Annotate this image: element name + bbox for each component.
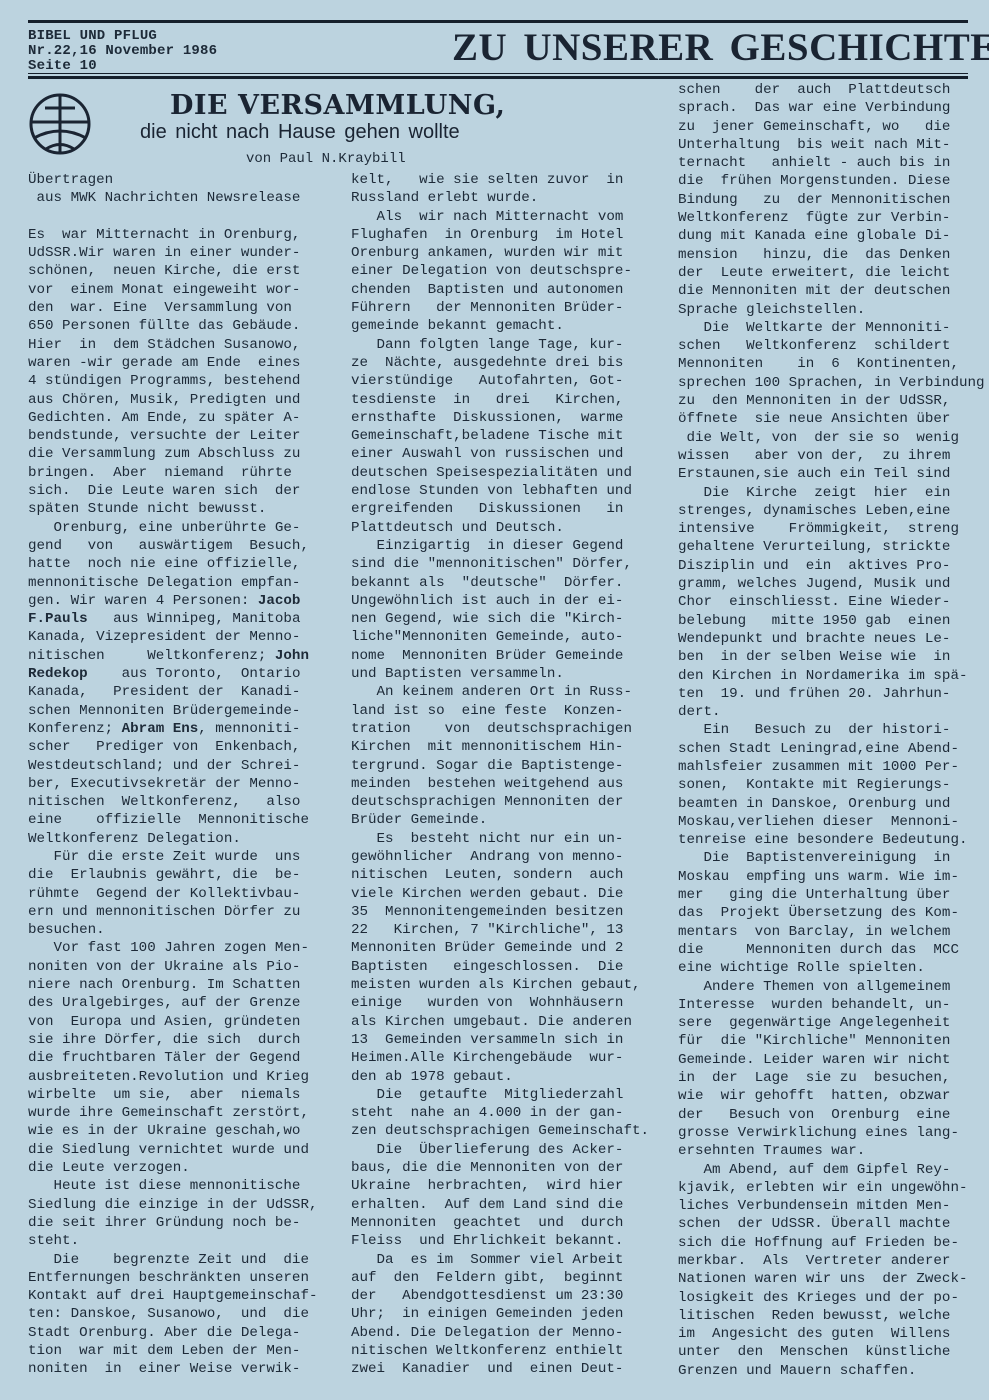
text-line: Westdeutschland; und der Schrei- [28,757,328,775]
newspaper-page: BIBEL UND PFLUG Nr.22,16 November 1986 S… [0,0,989,1400]
text-line: waren -wir gerade am Ende eines [28,354,328,372]
text-line: noniten von der Ukraine als Pio- [28,958,328,976]
text-line: liches Verbundensein mitden Men- [678,1197,978,1215]
article-column-1: Übertragen aus MWK Nachrichten Newsrelea… [28,171,328,1379]
text-line: die Mennoniten durch das MCC [678,941,978,959]
text-line: den ab 1978 gebaut. [351,1068,651,1086]
text-line: viele Kirchen werden gebaut. Die [351,885,651,903]
text-line: der Abendgottesdienst um 23:30 [351,1287,651,1305]
text-line: die Versammlung zum Abschluss zu [28,445,328,463]
text-line: schen der UdSSR. Überall machte [678,1215,978,1233]
text-line: steht. [28,1232,328,1250]
text-line: beamten in Danskoe, Orenburg und [678,795,978,813]
text-line: baus, die die Mennoniten von der [351,1159,651,1177]
text-line: wirbelte um sie, aber niemals [28,1086,328,1104]
text-line: Ungewöhnlich ist auch in der ei- [351,592,651,610]
text-line: Die getaufte Mitgliederzahl [351,1086,651,1104]
person-name: John [275,648,309,664]
text-line: gramm, welches Jugend, Musik und [678,575,978,593]
text-line: 650 Personen füllte das Gebäude. [28,317,328,335]
text-line: dung mit Kanada eine globale Di- [678,227,978,245]
text-line: sie ihre Dörfer, die sich durch [28,1031,328,1049]
top-rule [28,20,968,23]
text-line: zu den Mennoniten in der UdSSR, [678,392,978,410]
text-line: Die Überlieferung des Acker- [351,1141,651,1159]
text-line: sprechen 100 Sprachen, in Verbindung [678,374,978,392]
text-line: meinden bestehen weitgehend aus [351,775,651,793]
article-column-3: schen der auch Plattdeutschsprach. Das w… [678,81,978,1380]
text-line: schönen, neuen Kirche, die erst [28,262,328,280]
text-line: mahlsfeier zusammen mit 1000 Per- [678,758,978,776]
text-line: Übertragen [28,171,328,189]
text-line: deutschen Speisespezialitäten und [351,464,651,482]
text-line: Moskau empfing uns warm. Wie im- [678,868,978,886]
text-line: sich die Hoffnung auf Frieden be- [678,1234,978,1252]
text-line: merkbar. Als Vertreter anderer [678,1252,978,1270]
text-line: Fleiss und Ehrlichkeit bekannt. [351,1232,651,1250]
text-line: wurde ihre Gemeinschaft zerstört, [28,1104,328,1122]
text-line: vierstündige Autofahrten, Got- [351,372,651,390]
text-line: niere nach Orenburg. Im Schatten [28,976,328,994]
text-line: einer Auswahl von russischen und [351,445,651,463]
text-line: Sprache gleichstellen. [678,301,978,319]
text-line: Es war Mitternacht in Orenburg, [28,226,328,244]
text-line: sich. Die Leute waren sich der [28,482,328,500]
globe-cross-icon [28,92,92,156]
text-line: 22 Kirchen, 7 "Kirchliche", 13 [351,921,651,939]
text-line: Ukraine herbrachten, wird hier [351,1177,651,1195]
text-line: gend von auswärtigem Besuch, [28,537,328,555]
text-line: nitischen Weltkonferenz; John [28,647,328,665]
text-line: losigkeit des Krieges und der po- [678,1289,978,1307]
text-line: Nationen waren wir uns der Zweck- [678,1270,978,1288]
text-line: Baptisten eingeschlossen. Die [351,958,651,976]
text-line: Es besteht nicht nur ein un- [351,830,651,848]
text-line: ber, Executivsekretär der Menno- [28,775,328,793]
text-line: die Mennoniten mit der deutschen [678,282,978,300]
text-line: bekannt als "deutsche" Dörfer. [351,574,651,592]
text-line: öffnete sie neue Ansichten über [678,410,978,428]
text-line: Orenburg ankamen, wurden wir mit [351,244,651,262]
text-line: intensive Frömmigkeit, streng [678,520,978,538]
text-line: steht nahe an 4.000 in der gan- [351,1104,651,1122]
text-line: ternacht anhielt - auch bis in [678,154,978,172]
text-line: Gemeinde. Leider waren wir nicht [678,1051,978,1069]
text-line: dert. [678,703,978,721]
person-name: Abram Ens [122,721,199,737]
text-line: Gemeinschaft,beladene Tische mit [351,427,651,445]
text-line: Als wir nach Mitternacht vom [351,208,651,226]
text-line: ausbreiteten.Revolution und Krieg [28,1068,328,1086]
text-line: Kanada, Vizepresident der Menno- [28,628,328,646]
text-line: Kanada, President der Kanadi- [28,683,328,701]
text-line: Plattdeutsch und Deutsch. [351,519,651,537]
text-line: 35 Mennonitengemeinden besitzen [351,903,651,921]
text-line: den war. Eine Versammlung von [28,299,328,317]
text-line: bendstunde, versuchte der Leiter [28,427,328,445]
text-line: Mennoniten in 6 Kontinenten, [678,355,978,373]
text-line: Unterhaltung bis weit nach Mit- [678,136,978,154]
text-line: Die Baptistenvereinigung in [678,849,978,867]
page-number: Seite 10 [28,59,217,74]
text-line: Interesse wurden behandelt, un- [678,996,978,1014]
text-line: sprach. Das war eine Verbindung [678,99,978,117]
text-line: Bindung zu der Mennonitischen [678,191,978,209]
text-line: von Europa und Asien, gründeten [28,1013,328,1031]
publication-name: BIBEL UND PFLUG [28,29,217,44]
text-line: einer Delegation von deutschspre- [351,262,651,280]
text-line: die frühen Morgenstunden. Diese [678,172,978,190]
text-line: noniten in einer Weise verwik- [28,1360,328,1378]
text-line: wie wir gehofft hatten, obzwar [678,1087,978,1105]
text-line: aus Chören, Musik, Predigten und [28,391,328,409]
text-line: die Leute verzogen. [28,1159,328,1177]
text-line: Heimen.Alle Kirchengebäude wur- [351,1049,651,1067]
text-line: litischen Reden bewusst, welche [678,1307,978,1325]
masthead: BIBEL UND PFLUG Nr.22,16 November 1986 S… [28,29,217,74]
text-line: kelt, wie sie selten zuvor in [351,171,651,189]
text-line: die Erlaubnis gewährt, die be- [28,866,328,884]
text-line: Heute ist diese mennonitische [28,1177,328,1195]
text-line: Chor einschliesst. Eine Wieder- [678,593,978,611]
text-line: wie es in der Ukraine geschah,wo [28,1122,328,1140]
text-line: zen deutschsprachigen Gemeinschaft. [351,1122,651,1140]
text-line: tergrund. Sogar die Baptistenge- [351,757,651,775]
text-line: Stadt Orenburg. Aber die Delega- [28,1324,328,1342]
text-line: sind die "mennonitischen" Dörfer, [351,555,651,573]
text-line: land ist so eine feste Konzen- [351,702,651,720]
text-line: nen Gegend, wie sich die "Kirch- [351,610,651,628]
text-line: hatte noch nie eine offizielle, [28,555,328,573]
text-line: meisten wurden als Kirchen gebaut, [351,976,651,994]
text-line: auf den Feldern gibt, beginnt [351,1269,651,1287]
text-line: schen der auch Plattdeutsch [678,81,978,99]
text-line: die Welt, von der sie so wenig [678,429,978,447]
text-line: gen. Wir waren 4 Personen: Jacob [28,592,328,610]
text-line: der Leute erweitert, die leicht [678,264,978,282]
header-rule [28,76,968,79]
text-line: Siedlung die einzige in der UdSSR, [28,1196,328,1214]
text-line: als Kirchen umgebaut. Die anderen [351,1013,651,1031]
text-line: Die Kirche zeigt hier ein [678,484,978,502]
text-line: Die Weltkarte der Mennoniti- [678,319,978,337]
text-line: nome Mennoniten Brüder Gemeinde [351,647,651,665]
text-line: Mennoniten geachtet und durch [351,1214,651,1232]
text-line: unter den Menschen künstliche [678,1343,978,1361]
text-line: des Uralgebirges, auf der Grenze [28,994,328,1012]
text-line: grosse Verwirklichung eines lang- [678,1124,978,1142]
text-line: der Besuch von Orenburg eine [678,1106,978,1124]
text-line: Erstaunen,sie auch ein Teil sind [678,465,978,483]
text-line: ern und mennonitischen Dörfer zu [28,903,328,921]
text-line: besuchen. [28,921,328,939]
text-line: und Baptisten versammeln. [351,665,651,683]
text-line: schen Weltkonferenz schildert [678,337,978,355]
text-line: liche"Mennoniten Gemeinde, auto- [351,628,651,646]
text-line: Disziplin und ein aktives Pro- [678,557,978,575]
text-line: Flughafen in Orenburg im Hotel [351,226,651,244]
text-line: Weltkonferenz Delegation. [28,830,328,848]
text-line: ze Nächte, ausgedehnte drei bis [351,354,651,372]
text-line: tion war mit dem Leben der Men- [28,1342,328,1360]
text-line: Hier in dem Städchen Susanowo, [28,336,328,354]
text-line: das Projekt Übersetzung des Kom- [678,904,978,922]
text-line: aus MWK Nachrichten Newsrelease [28,189,328,207]
text-line: Orenburg, eine unberührte Ge- [28,519,328,537]
text-line: Am Abend, auf dem Gipfel Rey- [678,1161,978,1179]
text-line: endlose Stunden von lebhaften und [351,482,651,500]
text-line: tration von deutschsprachigen [351,720,651,738]
text-line: zwei Kanadier und einen Deut- [351,1360,651,1378]
text-line: Wendepunkt und brachte neues Le- [678,630,978,648]
text-line: F.Pauls aus Winnipeg, Manitoba [28,610,328,628]
text-line: zu jener Gemeinschaft, wo die [678,118,978,136]
text-line: im Angesicht des guten Willens [678,1325,978,1343]
text-line: vor einem Monat eingeweiht wor- [28,281,328,299]
text-line: einige wurden von Wohnhäusern [351,994,651,1012]
text-line: tenreise eine besondere Bedeutung. [678,831,978,849]
text-line: Entfernungen beschränkten unseren [28,1269,328,1287]
article-byline: von Paul N.Kraybill [246,151,406,167]
section-title: ZU UNSERER GESCHICHTE [452,26,989,70]
text-line [28,208,328,226]
text-line: tesdienste in drei Kirchen, [351,391,651,409]
person-name: Jacob [258,593,301,609]
text-line: ersehnten Traumes war. [678,1142,978,1160]
text-line: An keinem anderen Ort in Russ- [351,683,651,701]
text-line: Für die erste Zeit wurde uns [28,848,328,866]
person-name: F.Pauls [28,611,88,627]
article-subheadline: die nicht nach Hause gehen wollte [140,119,460,145]
text-line: gehaltene Verurteilung, strickte [678,538,978,556]
text-line: nitischen Leuten, sondern auch [351,866,651,884]
issue-date: Nr.22,16 November 1986 [28,44,217,59]
text-line: Moskau,verliehen dieser Mennoni- [678,813,978,831]
text-line: ernsthafte Diskussionen, warme [351,409,651,427]
text-line: mer ging die Unterhaltung über [678,886,978,904]
text-line: rühmte Gegend der Kollektivbau- [28,885,328,903]
text-line: Mennoniten Brüder Gemeinde und 2 [351,939,651,957]
text-line: schen Stadt Leningrad,eine Abend- [678,740,978,758]
text-line: UdSSR.Wir waren in einer wunder- [28,244,328,262]
text-line: den Kirchen in Nordamerika im spä- [678,667,978,685]
text-line: Da es im Sommer viel Arbeit [351,1251,651,1269]
text-line: 13 Gemeinden versammeln sich in [351,1031,651,1049]
text-line: Konferenz; Abram Ens, mennoniti- [28,720,328,738]
article-headline: DIE VERSAMMLUNG, [170,90,505,122]
text-line: bringen. Aber niemand rührte [28,464,328,482]
text-line: Grenzen und Mauern schaffen. [678,1362,978,1380]
text-line: Führern der Mennoniten Brüder- [351,299,651,317]
text-line: ergreifenden Diskussionen in [351,500,651,518]
text-line: erhalten. Auf dem Land sind die [351,1196,651,1214]
person-name: Redekop [28,666,88,682]
text-line: sonen, Kontakte mit Regierungs- [678,776,978,794]
text-line: die fruchtbaren Täler der Gegend [28,1049,328,1067]
text-line: Kontakt auf drei Hauptgemeinschaf- [28,1287,328,1305]
text-line: ten 19. und frühen 20. Jahrhun- [678,685,978,703]
text-line: Ein Besuch zu der histori- [678,721,978,739]
text-line: für die "Kirchliche" Mennoniten [678,1032,978,1050]
text-line: belebung mitte 1950 gab einen [678,612,978,630]
text-line: Dann folgten lange Tage, kur- [351,336,651,354]
text-line: Vor fast 100 Jahren zogen Men- [28,939,328,957]
text-line: mentars von Barclay, in welchem [678,923,978,941]
text-line: mension hinzu, die das Denken [678,246,978,264]
text-line: nitischen Weltkonferenz, also [28,793,328,811]
text-line: deutschsprachigen Mennoniten der [351,793,651,811]
text-line: Andere Themen von allgemeinem [678,978,978,996]
text-line: die Siedlung vernichtet wurde und [28,1141,328,1159]
text-line: Redekop aus Toronto, Ontario [28,665,328,683]
text-line: nitischen Weltkonferenz enthielt [351,1342,651,1360]
text-line: gemeinde bekannt gemacht. [351,317,651,335]
text-line: mennonitische Delegation empfan- [28,574,328,592]
text-line: sere gegenwärtige Angelegenheit [678,1014,978,1032]
text-line: scher Prediger von Enkenbach, [28,738,328,756]
article-column-2: kelt, wie sie selten zuvor inRussland er… [351,171,651,1379]
text-line: späten Stunde nicht bewusst. [28,500,328,518]
text-line: Die begrenzte Zeit und die [28,1251,328,1269]
text-line: in der Lage sie zu besuchen, [678,1069,978,1087]
text-line: strenges, dynamisches Leben,eine [678,502,978,520]
text-line: kjavik, erlebten wir ein ungewöhn- [678,1179,978,1197]
text-line: Gedichten. Am Ende, zu später A- [28,409,328,427]
text-line: Kirchen mit mennonitischem Hin- [351,738,651,756]
text-line: schen Mennoniten Brüdergemeinde- [28,702,328,720]
text-line: Einzigartig in dieser Gegend [351,537,651,555]
text-line: wissen aber von der, zu ihrem [678,447,978,465]
text-line: Weltkonferenz fügte zur Verbin- [678,209,978,227]
text-line: die seit ihrer Gründung noch be- [28,1214,328,1232]
text-line: gewöhnlicher Andrang von menno- [351,848,651,866]
text-line: eine offizielle Mennonitische [28,811,328,829]
text-line: eine wichtige Rolle spielten. [678,959,978,977]
text-line: Russland erlebt wurde. [351,189,651,207]
text-line: Uhr; in einigen Gemeinden jeden [351,1305,651,1323]
text-line: Abend. Die Delegation der Menno- [351,1324,651,1342]
text-line: chenden Baptisten und autonomen [351,281,651,299]
text-line: Brüder Gemeinde. [351,811,651,829]
text-line: ten: Danskoe, Susanowo, und die [28,1305,328,1323]
text-line: 4 stündigen Programms, bestehend [28,372,328,390]
text-line: ben in der selben Weise wie in [678,648,978,666]
